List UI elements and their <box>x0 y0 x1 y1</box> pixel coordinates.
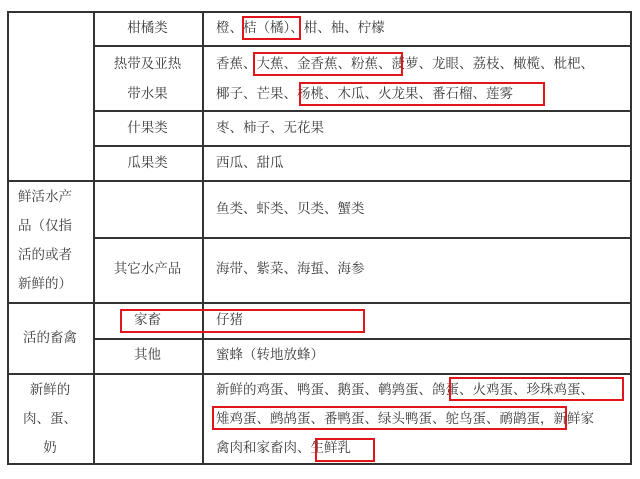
highlight-box <box>299 82 545 106</box>
subcategory-cell: 什果类 <box>93 113 202 143</box>
category-cell: 新鲜的） <box>18 269 72 299</box>
row-divider <box>93 237 632 239</box>
row-divider <box>93 45 632 47</box>
row-divider <box>7 302 632 304</box>
row-divider <box>7 180 632 182</box>
row-divider <box>93 110 632 112</box>
category-cell: 肉、蛋、 <box>7 404 93 434</box>
subcategory-cell: 带水果 <box>93 79 202 109</box>
subcategory-cell: 柑橘类 <box>93 13 202 43</box>
items-cell: 鱼类、虾类、贝类、蟹类 <box>216 194 365 224</box>
items-cell: 西瓜、甜瓜 <box>216 148 284 178</box>
highlight-box <box>212 406 567 430</box>
highlight-box <box>449 377 624 401</box>
category-cell: 活的或者 <box>18 240 72 270</box>
category-cell: 奶 <box>7 433 93 463</box>
items-cell: 蜜蜂（转地放蜂） <box>216 340 324 370</box>
highlight-box <box>242 16 301 40</box>
highlight-box <box>315 438 375 462</box>
subcategory-cell: 瓜果类 <box>93 148 202 178</box>
subcategory-cell: 热带及亚热 <box>93 49 202 79</box>
category-cell: 新鲜的 <box>7 375 93 405</box>
subcategory-cell: 其它水产品 <box>93 254 202 284</box>
subcategory-cell: 其他 <box>93 340 202 370</box>
items-cell: 枣、柿子、无花果 <box>216 113 324 143</box>
highlight-box <box>253 52 403 76</box>
row-divider <box>93 145 632 147</box>
highlight-box <box>120 309 365 333</box>
col-divider <box>202 11 204 465</box>
category-cell: 鲜活水产 <box>18 182 72 212</box>
category-cell: 活的畜禽 <box>7 323 93 353</box>
category-cell: 品（仅指 <box>18 211 72 241</box>
items-cell: 海带、紫菜、海蜇、海参 <box>216 254 365 284</box>
